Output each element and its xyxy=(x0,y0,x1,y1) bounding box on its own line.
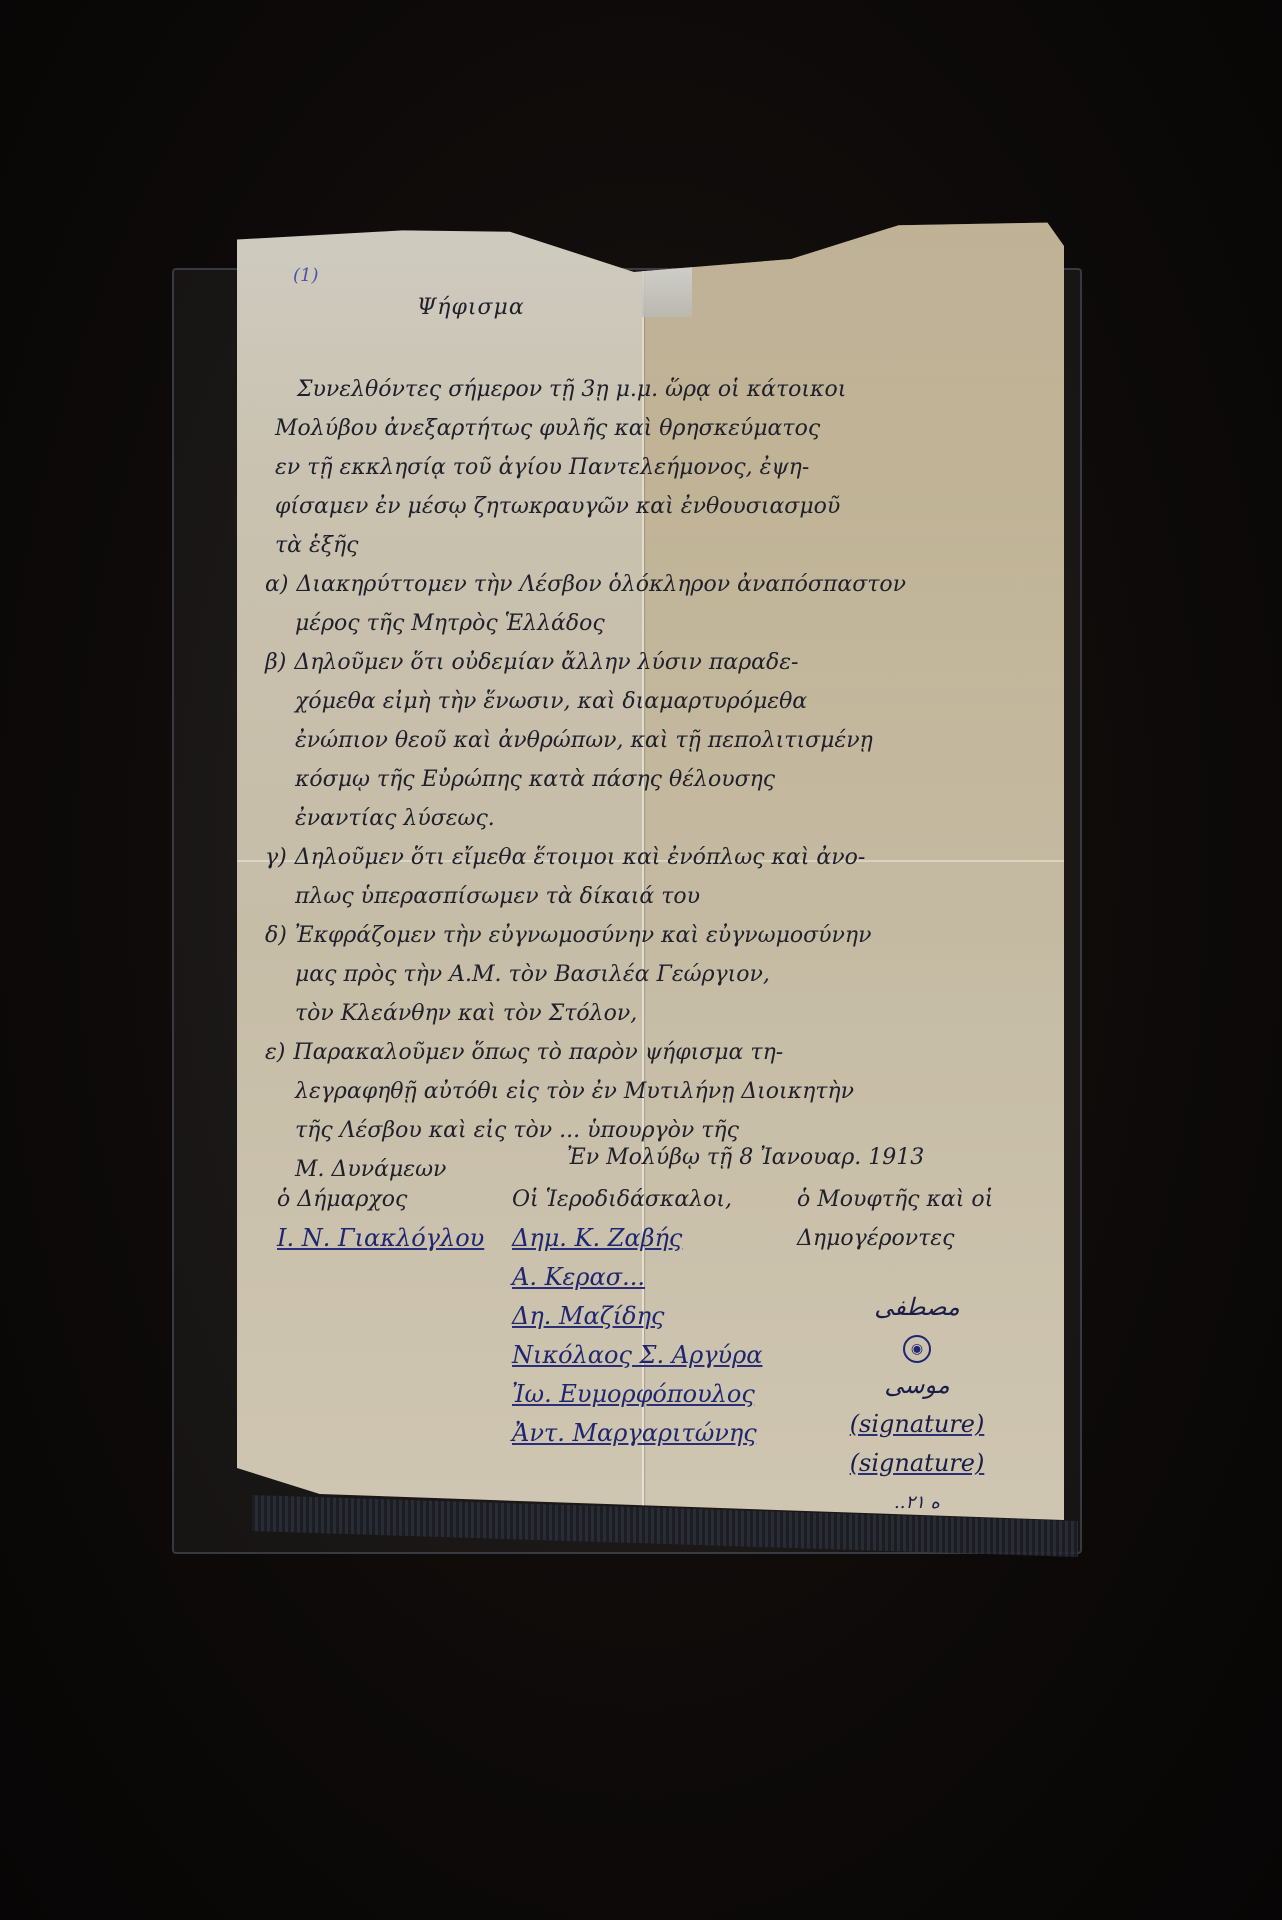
signatory-label: Οἱ Ἱεροδιδάσκαλοι, xyxy=(512,1180,762,1219)
signature: Α. Κερασ... xyxy=(512,1258,762,1297)
item-marker: β) xyxy=(265,650,286,675)
item-marker: ε) xyxy=(265,1040,285,1065)
item-text: Μ. Δυνάμεων xyxy=(295,1157,446,1182)
resolution-line: κόσμῳ τῆς Εὐρώπης κατὰ πάσης θέλουσης xyxy=(275,760,995,799)
item-text: ἐναντίας λύσεως. xyxy=(295,806,495,831)
signatory-mayor: ὁ Δήμαρχος Ι. Ν. Γιακλόγλου xyxy=(277,1180,484,1258)
resolution-line: χόμεθα εἰμὴ τὴν ἕνωσιν, καὶ διαμαρτυρόμε… xyxy=(275,682,995,721)
body-line: Συνελθόντες σήμερον τῇ 3ῃ μ.μ. ὥρᾳ οἱ κά… xyxy=(275,370,995,409)
signature: (signature) xyxy=(797,1444,1037,1483)
body-line: φίσαμεν ἐν μέσῳ ζητωκραυγῶν καὶ ἐνθουσια… xyxy=(275,487,995,526)
signature: Ἰω. Ευμορφόπουλος xyxy=(512,1375,762,1414)
item-text: Δηλοῦμεν ὅτι οὐδεμίαν ἄλλην λύσιν παραδε… xyxy=(294,650,798,675)
seal-icon: ◉ xyxy=(903,1335,931,1363)
signatory-label: ὁ Μουφτῆς καὶ οἱ Δημογέροντες xyxy=(797,1180,1037,1258)
body-line: εν τῇ εκκλησίᾳ τοῦ ἁγίου Παντελεήμονος, … xyxy=(275,448,995,487)
signature: مصطفى xyxy=(797,1288,1037,1327)
item-text: μέρος τῆς Μητρὸς Ἑλλάδος xyxy=(295,611,605,636)
item-text: λεγραφηθῇ αὐτόθι εἰς τὸν ἐν Μυτιλήνῃ Διο… xyxy=(295,1079,854,1104)
resolution-line: μας πρὸς τὴν Α.Μ. τὸν Βασιλέα Γεώργιον, xyxy=(275,955,995,994)
signature: Ἀντ. Μαργαριτώνης xyxy=(512,1414,762,1453)
resolution-line: α)Διακηρύττομεν τὴν Λέσβον ὁλόκληρον ἀνα… xyxy=(275,565,995,604)
resolution-items: α)Διακηρύττομεν τὴν Λέσβον ὁλόκληρον ἀνα… xyxy=(275,565,995,1189)
signature: موسى xyxy=(797,1366,1037,1405)
resolution-line: γ)Δηλοῦμεν ὅτι εἴμεθα ἕτοιμοι καὶ ἐνόπλω… xyxy=(275,838,995,877)
document-title: Ψήφισμα xyxy=(417,288,525,327)
signatory-label: ὁ Δήμαρχος xyxy=(277,1180,484,1219)
item-text: πλως ὑπερασπίσωμεν τὰ δίκαιά του xyxy=(295,884,700,909)
signature: (signature) xyxy=(797,1405,1037,1444)
item-text: Ἐκφράζομεν τὴν εὐγνωμοσύνην καὶ εὐγνωμοσ… xyxy=(295,923,872,948)
document-body: Συνελθόντες σήμερον τῇ 3ῃ μ.μ. ὥρᾳ οἱ κά… xyxy=(275,370,995,1189)
item-text: Δηλοῦμεν ὅτι εἴμεθα ἕτοιμοι καὶ ἐνόπλως … xyxy=(295,845,866,870)
item-text: μας πρὸς τὴν Α.Μ. τὸν Βασιλέα Γεώργιον, xyxy=(295,962,770,987)
signature: Δη. Μαζίδης xyxy=(512,1297,762,1336)
resolution-line: τὸν Κλεάνθην καὶ τὸν Στόλον, xyxy=(275,994,995,1033)
resolution-line: μέρος τῆς Μητρὸς Ἑλλάδος xyxy=(275,604,995,643)
item-marker: α) xyxy=(265,572,288,597)
item-marker: δ) xyxy=(265,923,287,948)
item-text: κόσμῳ τῆς Εὐρώπης κατὰ πάσης θέλουσης xyxy=(295,767,775,792)
item-text: Διακηρύττομεν τὴν Λέσβον ὁλόκληρον ἀναπό… xyxy=(296,572,906,597)
item-text: χόμεθα εἰμὴ τὴν ἕνωσιν, καὶ διαμαρτυρόμε… xyxy=(295,689,807,714)
page-number: (1) xyxy=(293,265,319,286)
item-marker: γ) xyxy=(265,845,287,870)
item-text: τὸν Κλεάνθην καὶ τὸν Στόλον, xyxy=(295,1001,637,1026)
resolution-line: λεγραφηθῇ αὐτόθι εἰς τὸν ἐν Μυτιλήνῃ Διο… xyxy=(275,1072,995,1111)
resolution-line: πλως ὑπερασπίσωμεν τὰ δίκαιά του xyxy=(275,877,995,916)
resolution-line: ἐνώπιον θεοῦ καὶ ἀνθρώπων, καὶ τῇ πεπολι… xyxy=(275,721,995,760)
signature: Ι. Ν. Γιακλόγλου xyxy=(277,1219,484,1258)
item-text: ἐνώπιον θεοῦ καὶ ἀνθρώπων, καὶ τῇ πεπολι… xyxy=(295,728,873,753)
document-page: (1) Ψήφισμα Συνελθόντες σήμερον τῇ 3ῃ μ.… xyxy=(237,220,1064,1520)
body-line: τὰ ἑξῆς xyxy=(275,526,995,565)
signatory-mufti: ὁ Μουφτῆς καὶ οἱ Δημογέροντες مصطفى ◉ مو… xyxy=(797,1180,1037,1522)
resolution-line: δ)Ἐκφράζομεν τὴν εὐγνωμοσύνην καὶ εὐγνωμ… xyxy=(275,916,995,955)
resolution-line: ἐναντίας λύσεως. xyxy=(275,799,995,838)
place-and-date: Ἐν Μολύβῳ τῇ 8 Ἰανουαρ. 1913 xyxy=(567,1138,924,1177)
signature: Δημ. Κ. Ζαβής xyxy=(512,1219,762,1258)
body-line: Μολύβου ἀνεξαρτήτως φυλῆς καὶ θρησκεύματ… xyxy=(275,409,995,448)
resolution-line: ε)Παρακαλοῦμεν ὅπως τὸ παρὸν ψήφισμα τη- xyxy=(275,1033,995,1072)
resolution-line: β)Δηλοῦμεν ὅτι οὐδεμίαν ἄλλην λύσιν παρα… xyxy=(275,643,995,682)
signatory-clergy: Οἱ Ἱεροδιδάσκαλοι, Δημ. Κ. Ζαβής Α. Κερα… xyxy=(512,1180,762,1453)
signature: Νικόλαος Σ. Αργύρα xyxy=(512,1336,762,1375)
item-text: Παρακαλοῦμεν ὅπως τὸ παρὸν ψήφισμα τη- xyxy=(293,1040,783,1065)
